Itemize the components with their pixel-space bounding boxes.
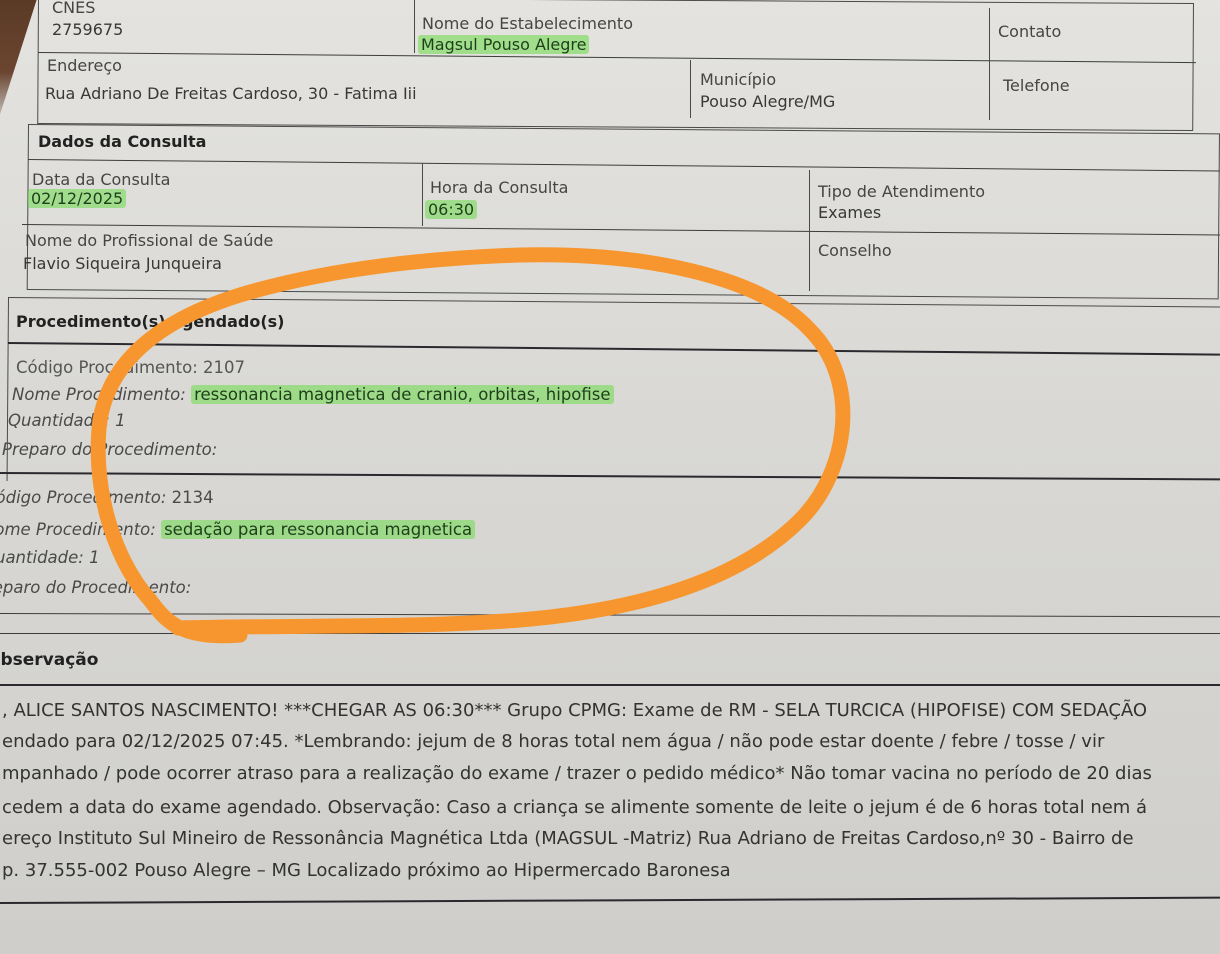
observation-line: mpanhado / pode ocorrer atraso para a re… (2, 763, 1152, 784)
city-value: Pouso Alegre/MG (700, 92, 835, 111)
observation-line: endado para 02/12/2025 07:45. *Lembrando… (2, 731, 1104, 752)
procedures-section-title: Procedimento(s) agendado(s) (16, 312, 285, 331)
procedure-code: Código Procedimento: 2107 (16, 358, 245, 377)
document-page: CNES 2759675 Nome do Estabelecimento Mag… (0, 0, 1220, 954)
divider (0, 684, 1220, 686)
divider (0, 613, 1220, 617)
divider (690, 60, 691, 118)
procedure-preparation: Preparo do Procedimento: (2, 440, 217, 459)
establishment-name-value: Magsul Pouso Alegre (418, 35, 589, 54)
consulta-time-label: Hora da Consulta (430, 178, 568, 197)
consulta-date-value: 02/12/2025 (28, 189, 126, 208)
observation-line: cedem a data do exame agendado. Observaç… (2, 797, 1147, 818)
observation-line: , ALICE SANTOS NASCIMENTO! ***CHEGAR AS … (2, 700, 1147, 721)
professional-value: Flavio Siqueira Junqueira (23, 254, 222, 273)
divider (422, 163, 423, 226)
attendance-type-label: Tipo de Atendimento (818, 182, 985, 201)
city-label: Município (700, 70, 776, 89)
observation-line: ereço Instituto Sul Mineiro de Ressonânc… (2, 828, 1134, 849)
consulta-section-title: Dados da Consulta (38, 132, 206, 151)
attendance-type-value: Exames (818, 203, 881, 222)
procedure-name: Nome Procedimento: sedação para ressonan… (0, 520, 475, 539)
procedure-quantity: Quantidade: 1 (0, 548, 100, 567)
observation-section-title: Observação (0, 650, 98, 670)
cnes-value: 2759675 (52, 20, 123, 39)
establishment-name-label: Nome do Estabelecimento (422, 14, 633, 33)
address-value: Rua Adriano De Freitas Cardoso, 30 - Fat… (45, 84, 417, 103)
professional-label: Nome do Profissional de Saúde (25, 231, 273, 250)
procedure-preparation: Preparo do Procedimento: (0, 578, 191, 597)
consulta-time-value: 06:30 (425, 200, 477, 219)
procedure-name: Nome Procedimento: ressonancia magnetica… (12, 385, 614, 404)
phone-label: Telefone (1003, 76, 1070, 95)
procedure-code: Código Procedimento: 2134 (0, 488, 214, 507)
divider (414, 0, 415, 53)
cnes-label: CNES (52, 0, 95, 17)
council-label: Conselho (818, 241, 892, 260)
divider (989, 8, 990, 120)
contact-label: Contato (998, 22, 1061, 41)
observation-line: p. 37.555-002 Pouso Alegre – MG Localiza… (2, 860, 731, 881)
divider (0, 633, 1220, 634)
address-label: Endereço (47, 56, 122, 75)
divider (809, 170, 810, 291)
procedure-quantity: Quantidade: 1 (8, 411, 126, 430)
consulta-date-label: Data da Consulta (32, 170, 170, 189)
divider (0, 897, 1220, 904)
